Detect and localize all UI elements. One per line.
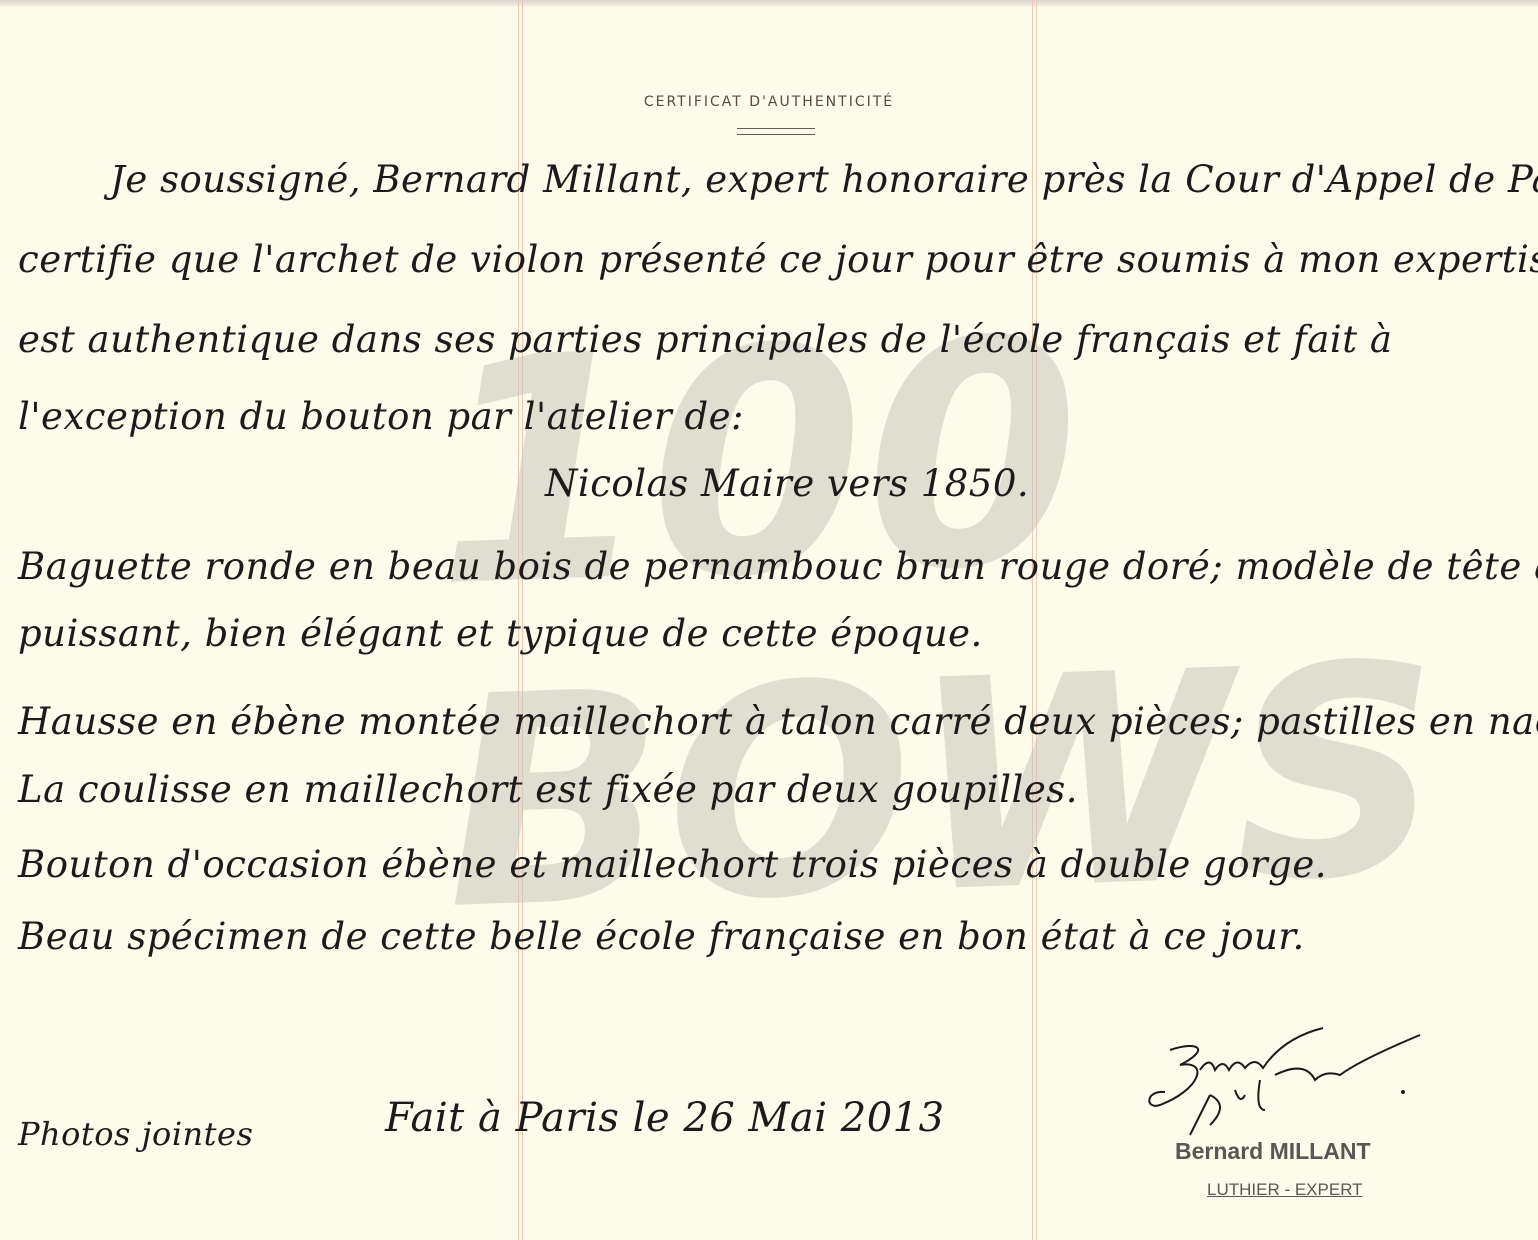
text-line: est authentique dans ses parties princip… bbox=[18, 318, 1392, 361]
text-line: La coulisse en maillechort est fixée par… bbox=[18, 768, 1078, 811]
stamp-title: LUTHIER - EXPERT bbox=[1207, 1180, 1363, 1200]
date-line: Fait à Paris le 26 Mai 2013 bbox=[385, 1095, 945, 1141]
photos-note: Photos jointes bbox=[18, 1115, 253, 1153]
signature bbox=[1140, 1020, 1440, 1140]
text-line: Beau spécimen de cette belle école franç… bbox=[18, 915, 1305, 958]
stamp-name: Bernard MILLANT bbox=[1175, 1138, 1371, 1165]
text-line: puissant, bien élégant et typique de cet… bbox=[18, 612, 983, 655]
text-line: Bouton d'occasion ébène et maillechort t… bbox=[18, 843, 1327, 886]
text-line: l'exception du bouton par l'atelier de: bbox=[18, 395, 744, 438]
page-top-edge bbox=[0, 0, 1538, 6]
certificate-heading: CERTIFICAT D'AUTHENTICITÉ bbox=[0, 94, 1538, 110]
text-line: Baguette ronde en beau bois de pernambou… bbox=[18, 545, 1538, 588]
text-line: Hausse en ébène montée maillechort à tal… bbox=[18, 700, 1538, 743]
text-line: Je soussigné, Bernard Millant, expert ho… bbox=[110, 158, 1538, 201]
maker-line: Nicolas Maire vers 1850. bbox=[545, 462, 1029, 505]
heading-double-rule bbox=[737, 128, 815, 135]
text-line: certifie que l'archet de violon présenté… bbox=[18, 238, 1538, 281]
